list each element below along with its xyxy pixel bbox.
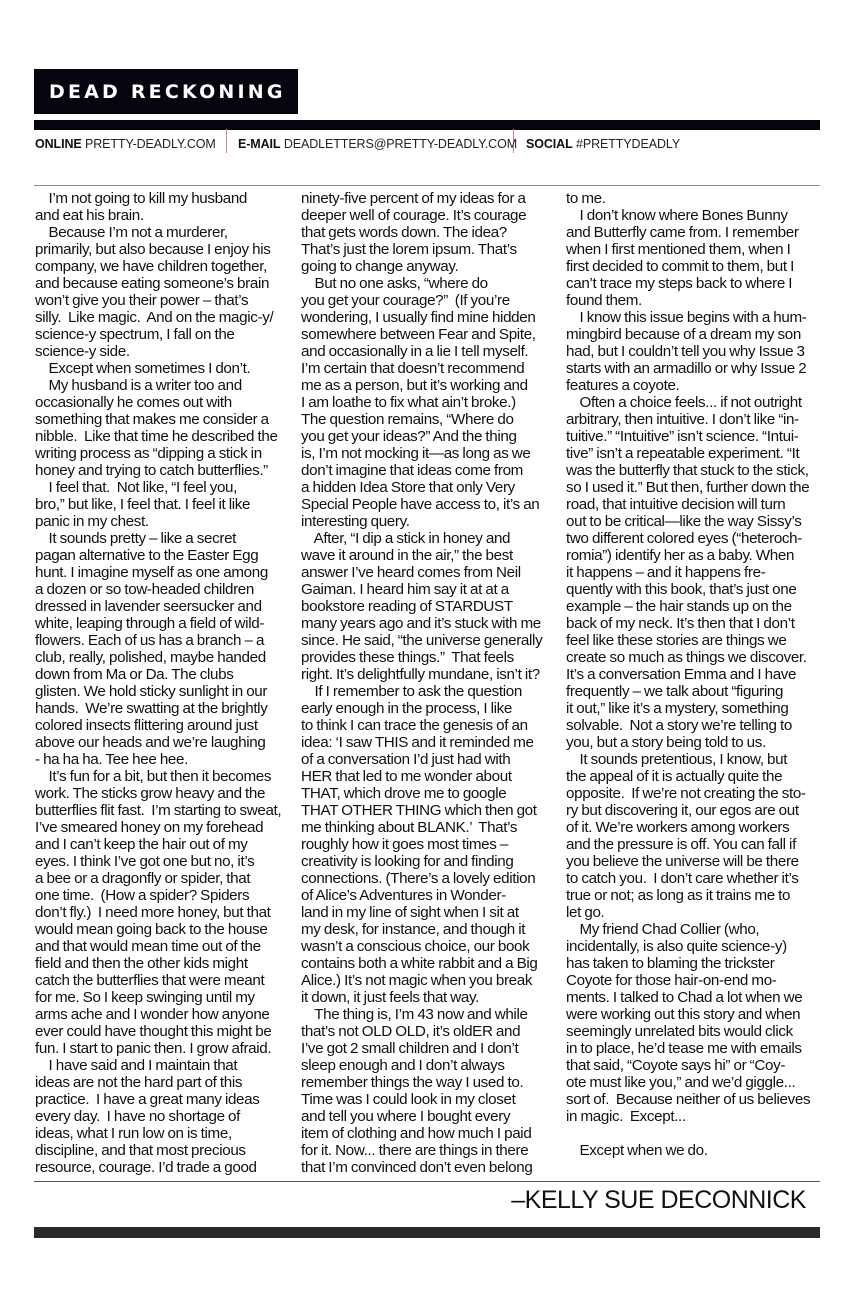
article-line: it down, it just feels that way.: [301, 989, 542, 1006]
article-line: a hidden Idea Store that only Very: [301, 479, 542, 496]
article-line: ninety-five percent of my ideas for a: [301, 190, 542, 207]
article-line: ments. I talked to Chad a lot when we: [566, 989, 810, 1006]
article-line: my desk, for instance, and though it: [301, 921, 542, 938]
article-line: The question remains, “Where do: [301, 411, 542, 428]
article-column-1: I’m not going to kill my husbandand eat …: [35, 190, 281, 1176]
article-line: flowers. Each of us has a branch – a: [35, 632, 281, 649]
author-byline: –KELLY SUE DECONNICK: [511, 1186, 806, 1215]
article-line: remember things the way I used to.: [301, 1074, 542, 1091]
article-line: My friend Chad Collier (who,: [566, 921, 810, 938]
article-line: panic in my chest.: [35, 513, 281, 530]
article-column-3: to me. I don’t know where Bones Bunnyand…: [566, 190, 810, 1159]
article-line: many years ago and it’s stuck with me: [301, 615, 542, 632]
article-line: science-y spectrum, I fall on the: [35, 326, 281, 343]
article-line: company, we have children together,: [35, 258, 281, 275]
article-line: arms ache and I wonder how anyone: [35, 1006, 281, 1023]
article-line: starts with an armadillo or why Issue 2: [566, 360, 810, 377]
article-line: provides these things.” That feels: [301, 649, 542, 666]
article-line: has taken to blaming the trickster: [566, 955, 810, 972]
article-line: is, I’m not mocking it—as long as we: [301, 445, 542, 462]
article-line: you, but a story being told to us.: [566, 734, 810, 751]
article-line: science-y side.: [35, 343, 281, 360]
article-line: dressed in lavender seersucker and: [35, 598, 281, 615]
article-line: and tell you where I bought every: [301, 1108, 542, 1125]
online-label: ONLINE: [35, 137, 82, 151]
article-line: wasn’t a conscious choice, our book: [301, 938, 542, 955]
article-line: right. It’s delightfully mundane, isn’t …: [301, 666, 542, 683]
article-line: white, leaping through a field of wild-: [35, 615, 281, 632]
article-line: sleep enough and I don’t always: [301, 1057, 542, 1074]
article-line: honey and trying to catch butterflies.”: [35, 462, 281, 479]
article-line: wondering, I usually find mine hidden: [301, 309, 542, 326]
article-line: quently with this book, that’s just one: [566, 581, 810, 598]
article-line: catch the butterflies that were meant: [35, 972, 281, 989]
article-line: creativity is looking for and finding: [301, 853, 542, 870]
article-line: found them.: [566, 292, 810, 309]
article-line: and that would mean time out of the: [35, 938, 281, 955]
article-line: let go.: [566, 904, 810, 921]
article-line: I know this issue begins with a hum-: [566, 309, 810, 326]
article-line: interesting query.: [301, 513, 542, 530]
article-line: so I used it.” But then, further down th…: [566, 479, 810, 496]
article-line: I’m not going to kill my husband: [35, 190, 281, 207]
email-label: E-MAIL: [238, 137, 280, 151]
article-line: feel like these stories are things we: [566, 632, 810, 649]
article-line: discipline, and that most precious: [35, 1142, 281, 1159]
article-line: every day. I have no shortage of: [35, 1108, 281, 1125]
article-line: It’s fun for a bit, but then it becomes: [35, 768, 281, 785]
article-line: to catch you. I don’t care whether it’s: [566, 870, 810, 887]
article-line: ote must like you,” and we’d giggle...: [566, 1074, 810, 1091]
article-line: early enough in the process, I like: [301, 700, 542, 717]
article-line: If I remember to ask the question: [301, 683, 542, 700]
article-line: in magic. Except...: [566, 1108, 810, 1125]
article-line: and the pressure is off. You can fall if: [566, 836, 810, 853]
article-line: glisten. We hold sticky sunlight in our: [35, 683, 281, 700]
article-line: practice. I have a great many ideas: [35, 1091, 281, 1108]
article-line: for it. Now... there are things in there: [301, 1142, 542, 1159]
footer-rule: [34, 1181, 820, 1182]
article-line: you get your ideas?” And the thing: [301, 428, 542, 445]
article-line: had, but I couldn’t tell you why Issue 3: [566, 343, 810, 360]
article-line: My husband is a writer too and: [35, 377, 281, 394]
article-line: It sounds pretty – like a secret: [35, 530, 281, 547]
article-line: it out,” like it’s a mystery, something: [566, 700, 810, 717]
article-line: I’m certain that doesn’t recommend: [301, 360, 542, 377]
article-line: bro,” but like, I feel that. I feel it l…: [35, 496, 281, 513]
article-line: It sounds pretentious, I know, but: [566, 751, 810, 768]
article-line: can’t trace my steps back to where I: [566, 275, 810, 292]
article-line: a dozen or so tow-headed children: [35, 581, 281, 598]
article-line: roughly how it goes most times –: [301, 836, 542, 853]
article-line: eyes. I think I’ve got one but no, it’s: [35, 853, 281, 870]
article-line: mingbird because of a dream my son: [566, 326, 810, 343]
article-line: and occasionally in a lie I tell myself.: [301, 343, 542, 360]
article-line: opposite. If we’re not creating the sto-: [566, 785, 810, 802]
article-line: don’t fly.) I need more honey, but that: [35, 904, 281, 921]
article-line: that said, “Coyote says hi” or “Coy-: [566, 1057, 810, 1074]
article-line: hunt. I imagine myself as one among: [35, 564, 281, 581]
article-line: Except when sometimes I don’t.: [35, 360, 281, 377]
article-line: somewhere between Fear and Spite,: [301, 326, 542, 343]
article-line: would mean going back to the house: [35, 921, 281, 938]
article-line: ever could have thought this might be: [35, 1023, 281, 1040]
article-line: butterflies flit fast. I’m starting to s…: [35, 802, 281, 819]
article-line: and because eating someone’s brain: [35, 275, 281, 292]
contact-divider-1: [226, 129, 227, 153]
article-line: resource, courage. I’d trade a good: [35, 1159, 281, 1176]
article-line: ideas, what I run low on is time,: [35, 1125, 281, 1142]
article-line: tive” isn’t a repeatable experiment. “It: [566, 445, 810, 462]
article-line: me as a person, but it’s working and: [301, 377, 542, 394]
article-line: me thinking about BLANK.’ That’s: [301, 819, 542, 836]
article-line: wave it around in the air,” the best: [301, 547, 542, 564]
article-line: [566, 1125, 810, 1142]
article-line: was the butterfly that stuck to the stic…: [566, 462, 810, 479]
article-line: I feel that. Not like, “I feel you,: [35, 479, 281, 496]
article-line: romia”) identify her as a baby. When: [566, 547, 810, 564]
article-line: above our heads and we’re laughing: [35, 734, 281, 751]
article-line: seemingly unrelated bits would click: [566, 1023, 810, 1040]
article-line: contains both a white rabbit and a Big: [301, 955, 542, 972]
article-line: for me. So I keep swinging until my: [35, 989, 281, 1006]
article-line: two different colored eyes (“heteroch-: [566, 530, 810, 547]
article-line: tuitive.” “Intuitive” isn’t science. “In…: [566, 428, 810, 445]
article-line: frequently – we talk about “figuring: [566, 683, 810, 700]
article-line: of Alice’s Adventures in Wonder-: [301, 887, 542, 904]
article-line: first decided to commit to them, but I: [566, 258, 810, 275]
article-line: I’ve smeared honey on my forehead: [35, 819, 281, 836]
article-line: That’s just the lorem ipsum. That’s: [301, 241, 542, 258]
article-line: HER that led to me wonder about: [301, 768, 542, 785]
article-line: pagan alternative to the Easter Egg: [35, 547, 281, 564]
article-line: land in my line of sight when I sit at: [301, 904, 542, 921]
article-line: After, “I dip a stick in honey and: [301, 530, 542, 547]
article-line: and I can’t keep the hair out of my: [35, 836, 281, 853]
article-line: it happens – and it happens fre-: [566, 564, 810, 581]
article-line: - ha ha ha. Tee hee hee.: [35, 751, 281, 768]
article-line: The thing is, I’m 43 now and while: [301, 1006, 542, 1023]
article-line: since. He said, “the universe generally: [301, 632, 542, 649]
article-line: silly. Like magic. And on the magic-y/: [35, 309, 281, 326]
contact-email[interactable]: E-MAIL DEADLETTERS@PRETTY-DEADLY.COM: [238, 137, 517, 151]
article-line: deeper well of courage. It’s courage: [301, 207, 542, 224]
article-line: I have said and I maintain that: [35, 1057, 281, 1074]
article-line: work. The sticks grow heavy and the: [35, 785, 281, 802]
article-line: ry but discovering it, our egos are out: [566, 802, 810, 819]
article-line: THAT OTHER THING which then got: [301, 802, 542, 819]
article-line: you believe the universe will be there: [566, 853, 810, 870]
article-line: arbitrary, then intuitive. I don’t like …: [566, 411, 810, 428]
article-line: something that makes me consider a: [35, 411, 281, 428]
article-line: Coyote for those hair-on-end mo-: [566, 972, 810, 989]
article-line: idea: ‘I saw THIS and it reminded me: [301, 734, 542, 751]
article-line: ideas are not the hard part of this: [35, 1074, 281, 1091]
section-title: DEAD RECKONING: [34, 81, 286, 103]
article-line: out to be critical—like the way Sissy’s: [566, 513, 810, 530]
article-line: in to place, he’d tease me with emails: [566, 1040, 810, 1057]
article-line: and eat his brain.: [35, 207, 281, 224]
article-line: bookstore reading of STARDUST: [301, 598, 542, 615]
social-label: SOCIAL: [526, 137, 573, 151]
article-line: a bee or a dragonfly or spider, that: [35, 870, 281, 887]
article-line: primarily, but also because I enjoy his: [35, 241, 281, 258]
article-line: Gaiman. I heard him say it at at a: [301, 581, 542, 598]
article-line: to think I can trace the genesis of an: [301, 717, 542, 734]
article-column-2: ninety-five percent of my ideas for adee…: [301, 190, 542, 1176]
article-line: road, that intuitive decision will turn: [566, 496, 810, 513]
article-line: But no one asks, “where do: [301, 275, 542, 292]
header-rule: [34, 185, 820, 186]
article-line: writing process as “dipping a stick in: [35, 445, 281, 462]
article-line: example – the hair stands up on the: [566, 598, 810, 615]
header-bar: [34, 120, 820, 130]
section-title-block: DEAD RECKONING: [34, 69, 298, 114]
article-line: I am loathe to fix what ain’t broke.): [301, 394, 542, 411]
article-line: I don’t know where Bones Bunny: [566, 207, 810, 224]
article-line: colored insects flittering around just: [35, 717, 281, 734]
article-line: Special People have access to, it’s an: [301, 496, 542, 513]
article-line: you get your courage?” (If you’re: [301, 292, 542, 309]
article-line: answer I’ve heard comes from Neil: [301, 564, 542, 581]
article-line: create so much as things we discover.: [566, 649, 810, 666]
article-line: nibble. Like that time he described the: [35, 428, 281, 445]
article-line: club, really, polished, maybe handed: [35, 649, 281, 666]
article-line: hands. We’re swatting at the brightly: [35, 700, 281, 717]
article-line: were working out this story and when: [566, 1006, 810, 1023]
article-line: Time was I could look in my closet: [301, 1091, 542, 1108]
article-line: THAT, which drove me to google: [301, 785, 542, 802]
article-line: I’ve got 2 small children and I don’t: [301, 1040, 542, 1057]
article-line: back of my neck. It’s then that I don’t: [566, 615, 810, 632]
article-line: fun. I start to panic then. I grow afrai…: [35, 1040, 281, 1057]
online-link[interactable]: PRETTY-DEADLY.COM: [85, 137, 216, 151]
article-line: don’t imagine that ideas come from: [301, 462, 542, 479]
social-hashtag[interactable]: #PRETTYDEADLY: [576, 137, 680, 151]
article-line: solvable. Not a story we’re telling to: [566, 717, 810, 734]
article-line: field and then the other kids might: [35, 955, 281, 972]
article-line: to me.: [566, 190, 810, 207]
article-line: and Butterfly came from. I remember: [566, 224, 810, 241]
article-line: of a conversation I’d just had with: [301, 751, 542, 768]
article-line: one time. (How a spider? Spiders: [35, 887, 281, 904]
article-line: It’s a conversation Emma and I have: [566, 666, 810, 683]
article-line: sort of. Because neither of us believes: [566, 1091, 810, 1108]
article-line: that gets words down. The idea?: [301, 224, 542, 241]
article-line: Except when we do.: [566, 1142, 810, 1159]
article-line: Because I’m not a murderer,: [35, 224, 281, 241]
article-line: that I’m convinced don’t even belong: [301, 1159, 542, 1176]
article-line: incidentally, is also quite science-y): [566, 938, 810, 955]
article-line: connections. (There’s a lovely edition: [301, 870, 542, 887]
article-line: that’s not OLD OLD, it’s oldER and: [301, 1023, 542, 1040]
article-line: occasionally he comes out with: [35, 394, 281, 411]
email-link[interactable]: DEADLETTERS@PRETTY-DEADLY.COM: [284, 137, 517, 151]
contact-social[interactable]: SOCIAL #PRETTYDEADLY: [526, 137, 680, 151]
article-line: when I first mentioned them, when I: [566, 241, 810, 258]
article-line: won’t give you their power – that’s: [35, 292, 281, 309]
footer-bar: [34, 1227, 820, 1238]
article-line: Often a choice feels... if not outright: [566, 394, 810, 411]
article-line: item of clothing and how much I paid: [301, 1125, 542, 1142]
article-line: down from Ma or Da. The clubs: [35, 666, 281, 683]
article-line: Alice.) It’s not magic when you break: [301, 972, 542, 989]
contact-online[interactable]: ONLINE PRETTY-DEADLY.COM: [35, 137, 216, 151]
article-line: true or not; as long as it trains me to: [566, 887, 810, 904]
article-line: features a coyote.: [566, 377, 810, 394]
article-line: the appeal of it is actually quite the: [566, 768, 810, 785]
article-line: of it. We’re workers among workers: [566, 819, 810, 836]
article-line: going to change anyway.: [301, 258, 542, 275]
